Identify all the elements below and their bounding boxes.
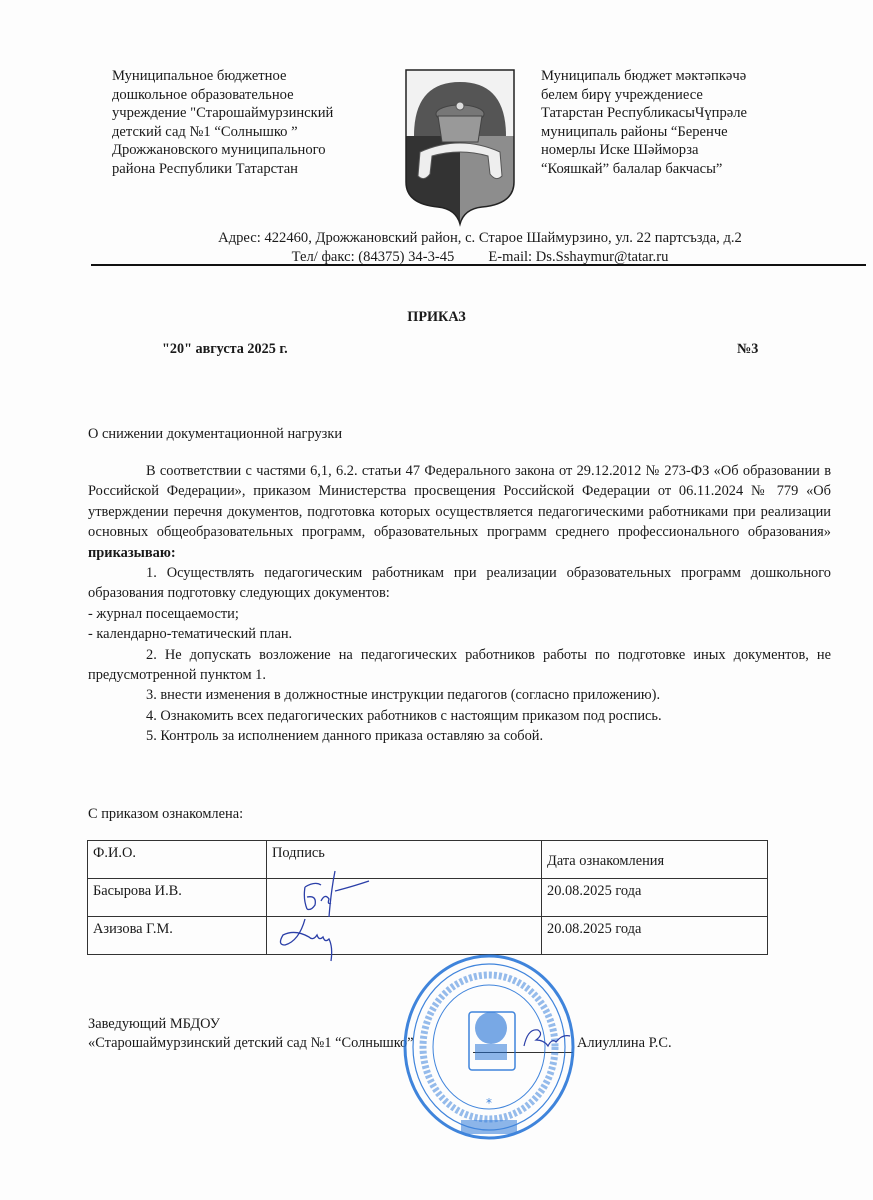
- list-item: - журнал посещаемости;: [88, 604, 831, 624]
- header-line: Татарстан РеспубликасыЧүпрәле: [541, 104, 801, 123]
- acknowledgment-table: Ф.И.О. Подпись Дата ознакомления Басыров…: [87, 840, 768, 955]
- header-line: детский сад №1 “Солнышко ”: [112, 123, 392, 142]
- item-2: 2. Не допускать возложение на педагогиче…: [88, 645, 831, 686]
- header-line: Муниципаль бюджет мәктәпкәчә: [541, 67, 801, 86]
- preamble-directive: приказываю:: [88, 545, 176, 561]
- table-row: Басырова И.В. 20.08.2025 года: [88, 879, 768, 917]
- header-line: “Кояшкай” балалар бакчасы”: [541, 160, 801, 179]
- signature-icon: [275, 911, 365, 969]
- column-header-name: Ф.И.О.: [88, 841, 267, 879]
- preamble: В соответствии с частями 6,1, 6.2. стать…: [88, 461, 831, 563]
- item-4: 4. Ознакомить всех педагогических работн…: [88, 706, 831, 726]
- header-line: дошкольное образовательное: [112, 86, 392, 105]
- cell-date: 20.08.2025 года: [542, 879, 768, 917]
- header-line: района Республики Татарстан: [112, 160, 392, 179]
- org-name-tatar: Муниципаль бюджет мәктәпкәчә белем бирү …: [541, 67, 801, 179]
- acknowledgment-label: С приказом ознакомлена:: [88, 806, 243, 823]
- signer-title: Заведующий МБДОУ: [88, 1016, 220, 1033]
- item-3: 3. внести изменения в должностные инстру…: [88, 685, 831, 705]
- column-header-date: Дата ознакомления: [542, 841, 768, 879]
- cell-name: Басырова И.В.: [88, 879, 267, 917]
- cell-date: 20.08.2025 года: [542, 917, 768, 955]
- order-number: №3: [737, 341, 758, 358]
- header-line: номерлы Иске Шәйморза: [541, 141, 801, 160]
- header-line: Муниципальное бюджетное: [112, 67, 392, 86]
- header-line: Дрожжановского муниципального: [112, 141, 392, 160]
- director-signature-icon: [518, 1022, 578, 1052]
- org-name-russian: Муниципальное бюджетное дошкольное образ…: [112, 67, 392, 179]
- order-body: В соответствии с частями 6,1, 6.2. стать…: [88, 461, 831, 747]
- table-row: Азизова Г.М. 20.08.2025 года: [88, 917, 768, 955]
- order-subject: О снижении документационной нагрузки: [88, 426, 342, 443]
- cell-signature: [267, 917, 542, 955]
- table-header-row: Ф.И.О. Подпись Дата ознакомления: [88, 841, 768, 879]
- cell-name: Азизова Г.М.: [88, 917, 267, 955]
- signer-name: Алиуллина Р.С.: [577, 1035, 672, 1052]
- order-title: ПРИКАЗ: [0, 309, 873, 326]
- item-5: 5. Контроль за исполнением данного прика…: [88, 726, 831, 746]
- coat-of-arms-icon: [392, 64, 528, 227]
- header-line: учреждение "Старошаймурзинский: [112, 104, 392, 123]
- header-line: муниципаль районы “Беренче: [541, 123, 801, 142]
- preamble-text: В соответствии с частями 6,1, 6.2. стать…: [88, 463, 831, 540]
- header-divider: [91, 264, 866, 266]
- address: Адрес: 422460, Дрожжановский район, с. С…: [100, 229, 860, 248]
- header-line: белем бирү учреждениесе: [541, 86, 801, 105]
- signer-organization: «Старошаймурзинский детский сад №1 “Солн…: [88, 1035, 414, 1052]
- item-1: 1. Осуществлять педагогическим работника…: [88, 563, 831, 604]
- address-block: Адрес: 422460, Дрожжановский район, с. С…: [100, 229, 860, 266]
- list-item: - календарно-тематический план.: [88, 624, 831, 644]
- order-date: "20" августа 2025 г.: [162, 341, 288, 358]
- svg-text:*: *: [486, 1096, 492, 1110]
